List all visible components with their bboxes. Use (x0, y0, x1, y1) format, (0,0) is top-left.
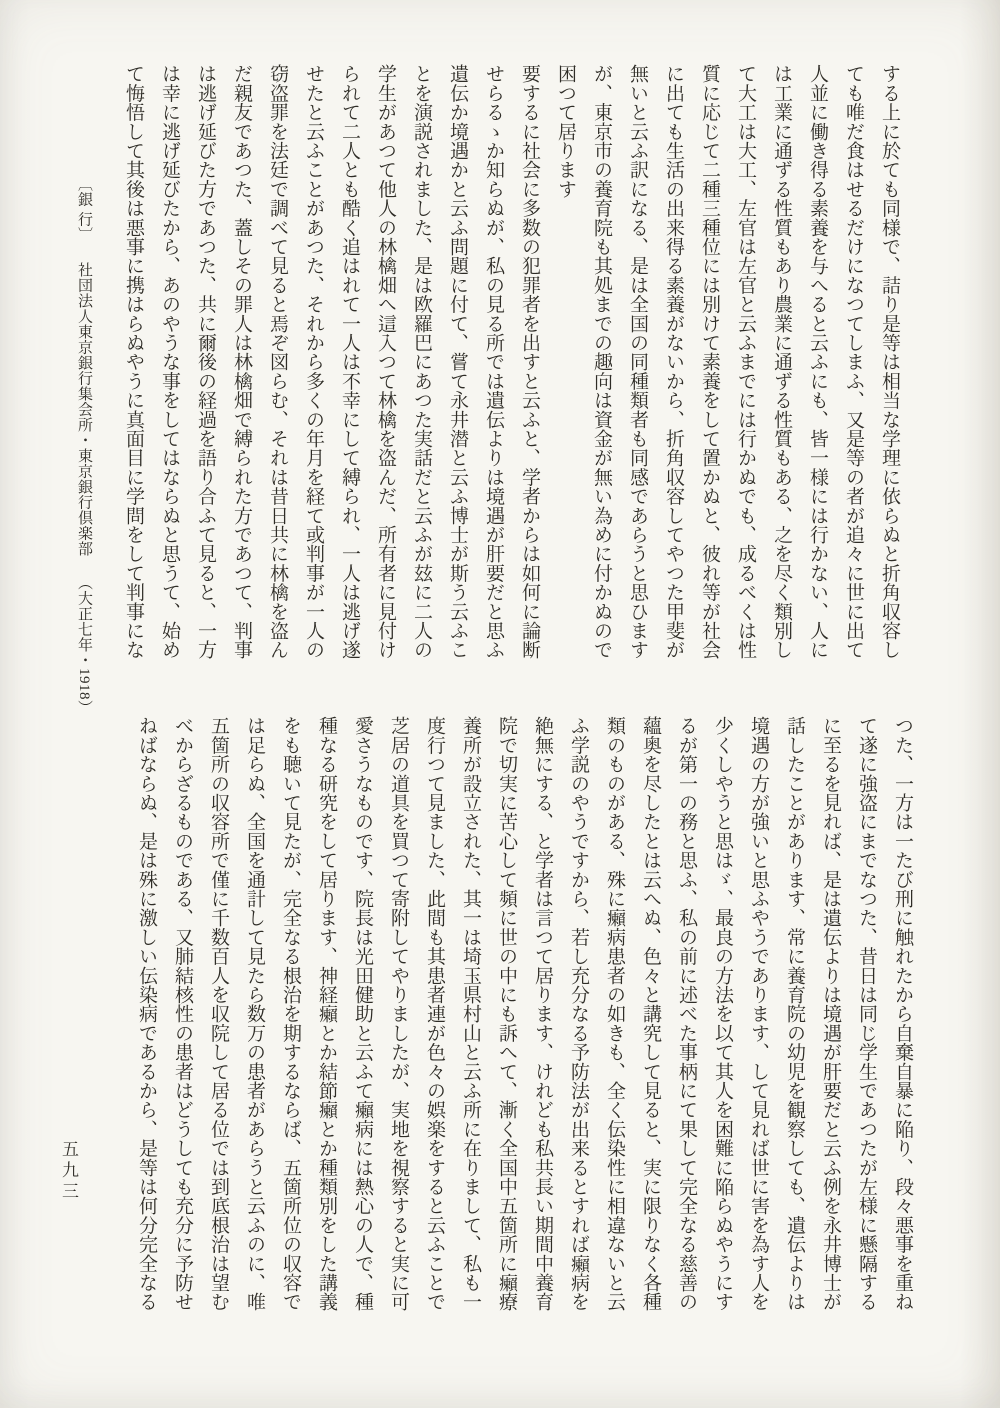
text-column: べからざるものである、又肺結核性の患者はどうしても充分に予防せ (164, 716, 200, 1338)
text-column: 学生があつて他人の林檎畑へ這入つて林檎を盗んだ、所有者に見付け (367, 64, 403, 666)
text-column: に出ても生活の出来得る素養がないから、折角収容してやつた甲斐が (655, 64, 691, 666)
text-column: 遺伝か境遇かと云ふ問題に付て、嘗て永井潜と云ふ博士が斯う云ふこ (439, 64, 475, 666)
top-text-block: する上に於ても同様で、詰り是等は相当な学理に依らぬと折角収容し ても唯だ食はせる… (115, 64, 907, 666)
text-column: て悔悟して其後は悪事に携はらぬやうに真面目に学問をして判事にな (115, 64, 151, 666)
text-column: せらるゝか知らぬが、私の見る所では遺伝よりは境遇が肝要だと思ふ (475, 64, 511, 666)
page-number: 五九三 (56, 1140, 80, 1203)
text-column: 蘊奥を尽したとは云へぬ、色々と講究して見ると、実に限りなく各種 (632, 716, 668, 1338)
text-column: 人並に働き得る素養を与へると云ふにも、皆一様には行かない、人に (799, 64, 835, 666)
citation-year: （大正七年・1918） (76, 575, 92, 716)
text-column: 種なる研究をして居ります、神経癩とか結節癩とか種類別をした講義 (308, 716, 344, 1338)
text-column: て大工は大工、左官は左官と云ふまでには行かぬでも、成るべくは性 (727, 64, 763, 666)
text-column: 要するに社会に多数の犯罪者を出すと云ふと、学者からは如何に論断 (511, 64, 547, 666)
citation-category: 〔銀 行〕 (76, 176, 92, 242)
text-column: 芝居の道具を買つて寄附してやりましたが、実地を視察すると実に可 (380, 716, 416, 1338)
text-column: は足らぬ、全国を通計して見たら数万の患者があらうと云ふのに、唯 (236, 716, 272, 1338)
text-column: が、東京市の養育院も其処までの趣向は資金が無い為めに付かぬので (583, 64, 619, 666)
text-column: せたと云ふことがあつた、それから多くの年月を経て或判事が一人の (295, 64, 331, 666)
text-column: 境遇の方が強いと思ふやうであります、して見れば世に害を為す人を (740, 716, 776, 1338)
text-column: 話したことがあります、常に養育院の幼児を観察しても、遺伝よりは (776, 716, 812, 1338)
text-column: られて二人とも酷く追はれて一人は不幸にして縛られ、一人は逃げ遂 (331, 64, 367, 666)
text-column: は工業に通ずる性質もあり農業に通ずる性質もある、之を尽く類別し (763, 64, 799, 666)
text-column: は逃げ延びた方であつた、共に爾後の経過を語り合ふて見ると、一方 (187, 64, 223, 666)
text-column: 類のものがある、殊に癩病患者の如きも、全く伝染性に相違ないと云 (596, 716, 632, 1338)
text-column: て遂に強盗にまでなつた、昔日は同じ学生であつたが左様に懸隔する (848, 716, 884, 1338)
citation-source: 社団法人東京銀行集会所・東京銀行倶楽部 (76, 262, 92, 557)
text-column: 困つて居ります (547, 64, 583, 666)
text-column: ふ学説のやうですから、若し充分なる予防法が出来るとすれば癩病を (560, 716, 596, 1338)
text-column: 院で切実に苦心して頻に世の中にも訴へて、漸く全国中五箇所に癩療 (488, 716, 524, 1338)
bottom-text-block: つた、一方は一たび刑に触れたから自棄自暴に陥り、段々悪事を重ね て遂に強盗にまで… (128, 716, 920, 1338)
text-column: つた、一方は一たび刑に触れたから自棄自暴に陥り、段々悪事を重ね (884, 716, 920, 1338)
text-column: 愛さうなものです、院長は光田健助と云ふて癩病には熱心の人で、種 (344, 716, 380, 1338)
text-column: 無いと云ふ訳になる、是は全国の同種類者も同感であらうと思ひます (619, 64, 655, 666)
text-column: する上に於ても同様で、詰り是等は相当な学理に依らぬと折角収容し (871, 64, 907, 666)
text-column: は幸に逃げ延びたから、あのやうな事をしてはならぬと思うて、始め (151, 64, 187, 666)
text-column: 絶無にする、と学者は言つて居ります、けれども私共長い期間中養育 (524, 716, 560, 1338)
text-column: をも聴いて見たが、完全なる根治を期するならば、五箇所位の収容で (272, 716, 308, 1338)
text-column: 五箇所の収容所で僅に千数百人を収院して居る位では到底根治は望む (200, 716, 236, 1338)
text-column: 少くしやうと思はゞ、最良の方法を以て其人を困難に陥らぬやうにす (704, 716, 740, 1338)
text-column: るが第一の務と思ふ、私の前に述べた事柄にて果して完全なる慈善の (668, 716, 704, 1338)
text-column: ても唯だ食はせるだけになつてしまふ、又是等の者が追々に世に出て (835, 64, 871, 666)
text-column: とを演説されました、是は欧羅巴にあつた実話だと云ふが玆に二人の (403, 64, 439, 666)
text-column: 度行つて見ました、此間も其患者連が色々の娯楽をすると云ふことで (416, 716, 452, 1338)
text-column: だ親友であつた、蓋しその罪人は林檎畑で縛られた方であつて、判事 (223, 64, 259, 666)
text-column: 窃盗罪を法廷で調べて見ると焉ぞ図らむ、それは昔日共に林檎を盗ん (259, 64, 295, 666)
scanned-book-page: する上に於ても同様で、詰り是等は相当な学理に依らぬと折角収容し ても唯だ食はせる… (0, 0, 1000, 1408)
text-column: ねばならぬ、是は殊に激しい伝染病であるから、是等は何分完全なる (128, 716, 164, 1338)
text-column: 質に応じて二種三種位には別けて素養をして置かぬと、彼れ等が社会 (691, 64, 727, 666)
citation: 〔銀 行〕 社団法人東京銀行集会所・東京銀行倶楽部 （大正七年・1918） (72, 176, 96, 724)
text-column: 養所が設立された、其一は埼玉県村山と云ふ所に在りまして、私も一 (452, 716, 488, 1338)
text-column: に至るを見れば、是は遺伝よりは境遇が肝要だと云ふ例を永井博士が (812, 716, 848, 1338)
